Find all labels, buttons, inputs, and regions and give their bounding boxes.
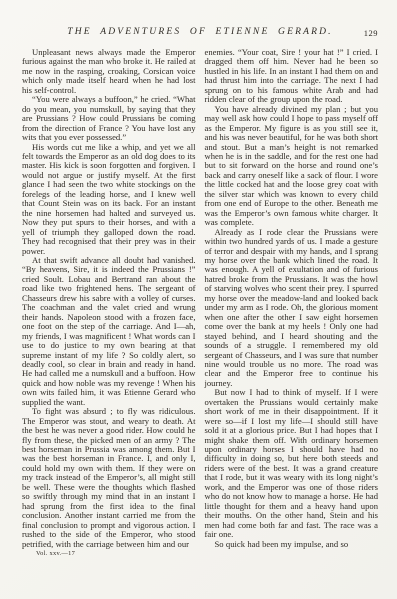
left-column-text: Unpleasant news always made the Emperor …	[22, 48, 196, 549]
paragraph: His words cut me like a whip, and yet we…	[22, 143, 196, 256]
right-column: enemies. “Your coat, Sire ! your hat !” …	[205, 48, 379, 557]
paragraph: Already as I rode clear the Prussians we…	[205, 228, 379, 389]
page-title: THE ADVENTURES OF ETIENNE GERARD.	[22, 27, 378, 37]
page-number: 129	[364, 28, 378, 38]
right-column-text: enemies. “Your coat, Sire ! your hat !” …	[205, 48, 379, 549]
volume-signature-note: Vol. xxv.—17	[36, 550, 196, 557]
paragraph: So quick had been my impulse, and so	[205, 540, 379, 549]
left-column: Unpleasant news always made the Emperor …	[22, 48, 196, 557]
paragraph: But now I had to think of myself. If I w…	[205, 388, 379, 539]
paragraph: You have already divined my plan ; but y…	[205, 105, 379, 228]
text-columns: Unpleasant news always made the Emperor …	[22, 48, 378, 557]
paragraph: At that swift advance all doubt had vani…	[22, 256, 196, 407]
paragraph: Unpleasant news always made the Emperor …	[22, 48, 196, 95]
running-header: THE ADVENTURES OF ETIENNE GERARD. 129	[22, 27, 378, 41]
paragraph: enemies. “Your coat, Sire ! your hat !” …	[205, 48, 379, 105]
book-page: THE ADVENTURES OF ETIENNE GERARD. 129 Un…	[0, 0, 397, 599]
paragraph: To fight was absurd ; to fly was ridicul…	[22, 407, 196, 549]
paragraph: “You were always a buffoon,” he cried. “…	[22, 95, 196, 142]
